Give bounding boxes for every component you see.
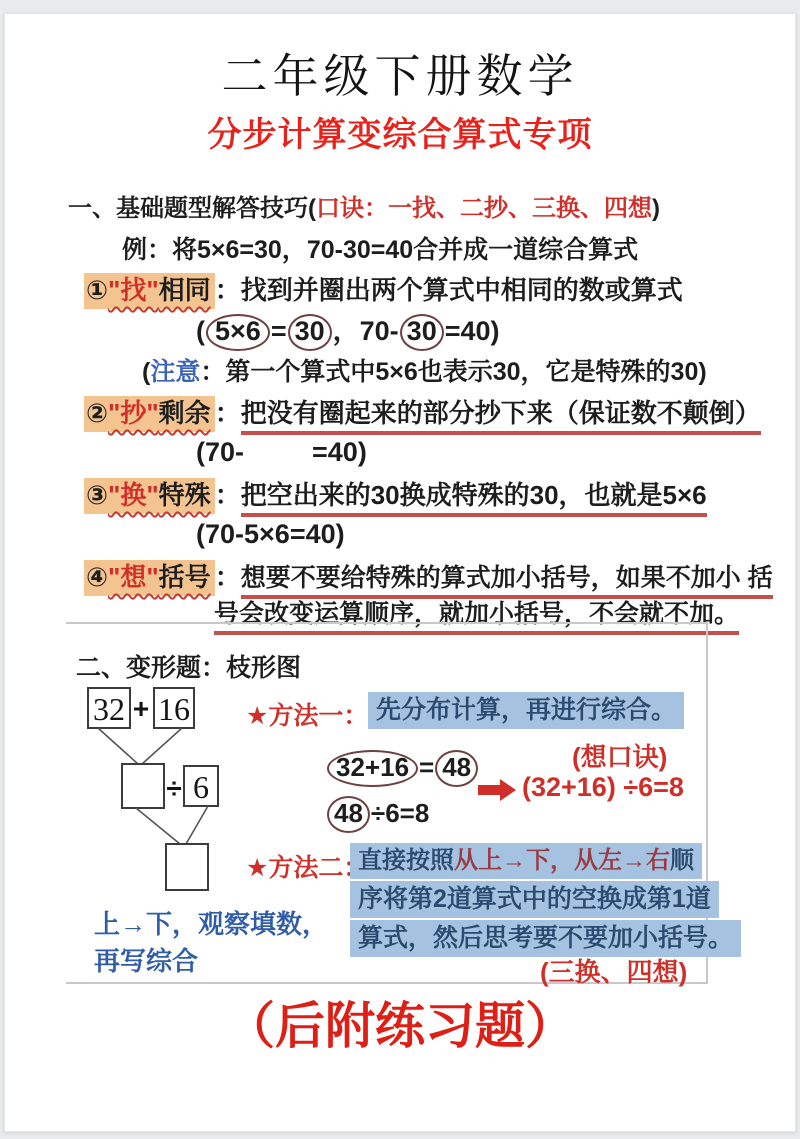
method2-line2: 序将第2道算式中的空换成第1道 (350, 881, 719, 918)
note-label: 注意 (150, 358, 200, 386)
formula2-pre: (70- (196, 437, 244, 467)
item4-keyword: "想" (108, 562, 159, 592)
arrow-head (500, 779, 516, 801)
tree-diagram: 32 + 16 ÷ 6 (80, 684, 230, 896)
method1-hint: (想口诀) (572, 737, 667, 774)
circled-5x6: 5×6 (206, 314, 270, 351)
formula2-post: =40) (312, 437, 367, 467)
step1-eq: = (419, 752, 434, 782)
item2-colon: ： (215, 398, 241, 428)
item4-row: ④"想"括号：想要不要给特殊的算式加小括号，如果不加小 括 (84, 557, 773, 594)
divisor-value: 6 (193, 769, 209, 805)
item2-row: ②"抄"剩余：把没有圈起来的部分抄下来（保证数不颠倒） (84, 393, 761, 430)
item4-number: ④ (86, 562, 108, 592)
item3-keyword: "换" (108, 480, 159, 510)
item1-number: ① (86, 275, 108, 305)
method2-line1: 直接按照从上→下，从左→右顺 (350, 843, 702, 879)
method2-line1-row: 直接按照从上→下，从左→右顺 (350, 840, 702, 875)
example-line: 例：将5×6=30，70-30=40合并成一道综合算式 (122, 230, 638, 266)
combined-equation: (32+16) ÷6=8 (522, 772, 684, 803)
item2-formula: (70-=40) (196, 437, 367, 468)
formula1-mid: ，70- (333, 316, 399, 346)
connector-line-4 (186, 806, 208, 844)
method2-hint: (三换、四想) (540, 952, 687, 989)
method2-line1-navy: 直接按照 (358, 847, 454, 874)
item3-number: ③ (86, 480, 108, 510)
addend-a-value: 32 (93, 691, 125, 727)
circled-48-b: 48 (327, 796, 370, 833)
item4-colon: ： (215, 562, 241, 592)
item2-desc: 把没有圈起来的部分抄下来（保证数不颠倒） (241, 398, 761, 435)
method1-text: 先分布计算，再进行综合。 (368, 692, 684, 729)
item2-keyword: "抄" (108, 398, 159, 428)
formula1-eq: = (271, 316, 287, 346)
item2-badge: ②"抄"剩余 (84, 396, 215, 432)
tip-line2: 再写综合 (94, 943, 328, 980)
addend-b-value: 16 (158, 691, 190, 727)
circled-30-a: 30 (288, 314, 332, 351)
item3-desc: 把空出来的30换成特殊的30，也就是5×6 (241, 480, 707, 517)
circled-32plus16: 32+16 (327, 750, 418, 787)
item3-colon: ： (215, 480, 241, 510)
item2-keyword-group: "抄"剩余 (108, 398, 211, 428)
method1-text-row: 先分布计算，再进行综合。 (368, 690, 684, 726)
arrow-stem (478, 785, 500, 795)
circled-30-b: 30 (400, 314, 444, 351)
divide-sign: ÷ (166, 773, 181, 804)
section1-heading: 一、基础题型解答技巧(口诀：一找、二抄、三换、四想) (68, 188, 660, 223)
connector-line-2 (142, 728, 182, 764)
step1-equation: 32+16=48 (326, 750, 479, 787)
item1-colon: ： (215, 275, 241, 305)
item2-name: 剩余 (159, 398, 211, 428)
item1-badge: ①"找"相同 (84, 273, 215, 309)
item4-badge: ④"想"括号 (84, 560, 215, 596)
item1-name: 相同 (159, 275, 211, 305)
item1-desc: 找到并圈出两个算式中相同的数或算式 (241, 275, 683, 305)
item3-formula: (70-5×6=40) (196, 519, 345, 550)
block-arrow-icon (478, 779, 518, 801)
item3-name: 特殊 (159, 480, 211, 510)
tip-text: 上→下，观察填数， 再写综合 (94, 906, 328, 980)
item2-number: ② (86, 398, 108, 428)
item4-name: 括号 (159, 562, 211, 592)
note-line: (注意：第一个算式中5×6也表示30，它是特殊的30) (142, 352, 707, 388)
page-subtitle: 分步计算变综合算式专项 (0, 107, 800, 156)
item3-keyword-group: "换"特殊 (108, 480, 211, 510)
sum-box-empty (122, 764, 164, 808)
step2-equation: 48÷6=8 (326, 796, 429, 833)
connector-line-1 (98, 728, 138, 764)
section2-heading: 二、变形题：枝形图 (76, 648, 301, 684)
method2-line1-red: 从上→下，从左→右 (454, 847, 670, 874)
circled-48-a: 48 (435, 750, 478, 787)
note-rest: ：第一个算式中5×6也表示30，它是特殊的30) (200, 358, 706, 386)
method2-line3-row: 算式，然后思考要不要加小括号。 (350, 918, 741, 954)
item1-row: ①"找"相同：找到并圈出两个算式中相同的数或算式 (84, 270, 683, 307)
item3-row: ③"换"特殊：把空出来的30换成特殊的30，也就是5×6 (84, 475, 707, 512)
footer-title: （后附练习题） (0, 986, 800, 1058)
item3-badge: ③"换"特殊 (84, 478, 215, 514)
formula1-open: ( (196, 316, 205, 346)
method1-label: ★方法一： (246, 696, 368, 732)
item4-keyword-group: "想"括号 (108, 562, 211, 592)
page-title: 二年级下册数学 (0, 40, 800, 106)
item1-formula: (5×6=30，70-30=40) (196, 309, 500, 351)
section1-heading-pre: 一、基础题型解答技巧( (68, 195, 316, 222)
connector-line-3 (136, 808, 180, 844)
step2-rest: ÷6=8 (371, 798, 429, 828)
section1-heading-mnemonic: 口诀：一找、二抄、三换、四想 (316, 195, 652, 222)
result-box-empty (166, 844, 208, 890)
formula1-close: =40) (445, 316, 500, 346)
section1-heading-post: ) (652, 195, 660, 222)
item1-keyword: "找" (108, 275, 159, 305)
method2-line2-row: 序将第2道算式中的空换成第1道 (350, 879, 719, 915)
method2-line1-end: 顺 (670, 847, 694, 874)
tip-line1: 上→下，观察填数， (94, 906, 328, 943)
worksheet-page: 二年级下册数学 分步计算变综合算式专项 一、基础题型解答技巧(口诀：一找、二抄、… (0, 0, 800, 1139)
plus-sign: + (133, 693, 149, 724)
item1-keyword-group: "找"相同 (108, 275, 211, 305)
